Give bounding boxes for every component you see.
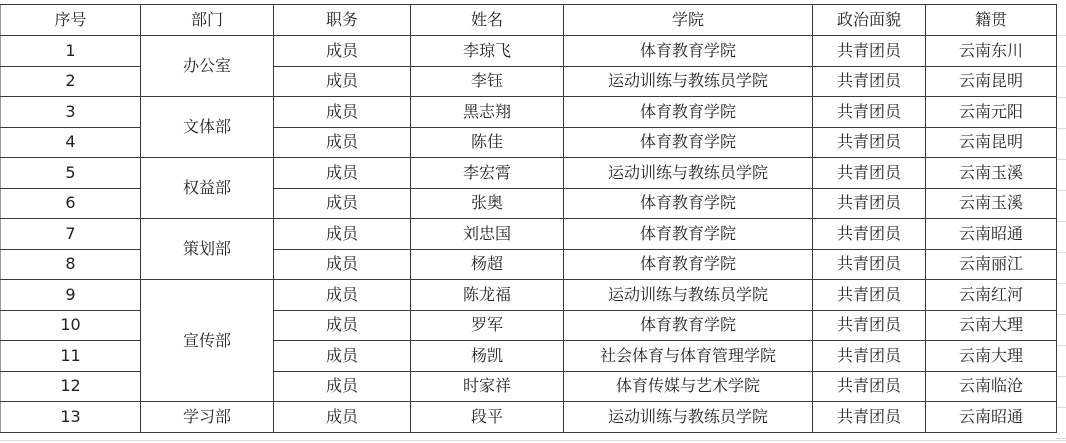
cell-department: 学习部 [141,402,274,433]
cell-name: 杨超 [411,249,564,280]
table-row: 1 办公室 成员 李琼飞 体育教育学院 共青团员 云南东川 [1,36,1057,67]
table-row: 9 宣传部 成员 陈龙福 运动训练与教练员学院 共青团员 云南红河 [1,280,1057,311]
cell-position: 成员 [274,219,411,250]
cell-department: 文体部 [141,97,274,158]
cell-college: 运动训练与教练员学院 [564,402,813,433]
cell-college: 体育教育学院 [564,127,813,158]
cell-name: 陈龙福 [411,280,564,311]
cell-name: 李钰 [411,66,564,97]
cell-hometown: 云南大理 [926,310,1057,341]
table-row: 13 学习部 成员 段平 运动训练与教练员学院 共青团员 云南昭通 [1,402,1057,433]
cell-position: 成员 [274,371,411,402]
cell-college: 运动训练与教练员学院 [564,66,813,97]
cell-political-status: 共青团员 [813,249,926,280]
header-college: 学院 [564,5,813,36]
cell-index: 7 [1,219,141,250]
cell-name: 黑志翔 [411,97,564,128]
cell-hometown: 云南昆明 [926,66,1057,97]
cell-position: 成员 [274,36,411,67]
cell-college: 体育传媒与艺术学院 [564,371,813,402]
cell-position: 成员 [274,66,411,97]
cell-position: 成员 [274,402,411,433]
cell-position: 成员 [274,127,411,158]
cell-political-status: 共青团员 [813,97,926,128]
cell-political-status: 共青团员 [813,219,926,250]
cell-name: 李宏霄 [411,158,564,189]
header-department: 部门 [141,5,274,36]
cell-political-status: 共青团员 [813,310,926,341]
cell-political-status: 共青团员 [813,280,926,311]
cell-position: 成员 [274,97,411,128]
cell-hometown: 云南玉溪 [926,188,1057,219]
member-roster-table: 序号 部门 职务 姓名 学院 政治面貌 籍贯 1 办公室 成员 李琼飞 体育教育… [0,4,1057,433]
header-name: 姓名 [411,5,564,36]
cell-political-status: 共青团员 [813,402,926,433]
cell-name: 李琼飞 [411,36,564,67]
table-row: 7 策划部 成员 刘忠国 体育教育学院 共青团员 云南昭通 [1,219,1057,250]
cell-political-status: 共青团员 [813,127,926,158]
cell-hometown: 云南大理 [926,341,1057,372]
spreadsheet-gridlines [1056,0,1066,443]
cell-hometown: 云南红河 [926,280,1057,311]
header-position: 职务 [274,5,411,36]
cell-index: 2 [1,66,141,97]
cell-department: 宣传部 [141,280,274,402]
cell-political-status: 共青团员 [813,66,926,97]
cell-index: 10 [1,310,141,341]
cell-position: 成员 [274,249,411,280]
cell-index: 13 [1,402,141,433]
cell-index: 4 [1,127,141,158]
cell-political-status: 共青团员 [813,36,926,67]
cell-college: 体育教育学院 [564,36,813,67]
header-row: 序号 部门 职务 姓名 学院 政治面貌 籍贯 [1,5,1057,36]
cell-index: 3 [1,97,141,128]
cell-name: 刘忠国 [411,219,564,250]
cell-name: 杨凯 [411,341,564,372]
cell-hometown: 云南昆明 [926,127,1057,158]
cell-name: 段平 [411,402,564,433]
cell-college: 运动训练与教练员学院 [564,158,813,189]
header-hometown: 籍贯 [926,5,1057,36]
cell-hometown: 云南元阳 [926,97,1057,128]
cell-index: 11 [1,341,141,372]
cell-college: 体育教育学院 [564,310,813,341]
cell-political-status: 共青团员 [813,188,926,219]
cell-college: 社会体育与体育管理学院 [564,341,813,372]
cell-index: 9 [1,280,141,311]
cell-political-status: 共青团员 [813,158,926,189]
table-row: 5 权益部 成员 李宏霄 运动训练与教练员学院 共青团员 云南玉溪 [1,158,1057,189]
header-index: 序号 [1,5,141,36]
cell-position: 成员 [274,310,411,341]
cell-college: 体育教育学院 [564,249,813,280]
cell-index: 8 [1,249,141,280]
table-row: 3 文体部 成员 黑志翔 体育教育学院 共青团员 云南元阳 [1,97,1057,128]
cell-hometown: 云南昭通 [926,219,1057,250]
cell-college: 运动训练与教练员学院 [564,280,813,311]
cell-college: 体育教育学院 [564,97,813,128]
cell-index: 12 [1,371,141,402]
cell-political-status: 共青团员 [813,341,926,372]
cell-index: 5 [1,158,141,189]
cell-hometown: 云南东川 [926,36,1057,67]
cell-name: 时家祥 [411,371,564,402]
header-political-status: 政治面貌 [813,5,926,36]
cell-name: 罗军 [411,310,564,341]
cell-name: 张奥 [411,188,564,219]
cell-department: 策划部 [141,219,274,280]
cell-position: 成员 [274,280,411,311]
cell-position: 成员 [274,341,411,372]
cell-college: 体育教育学院 [564,188,813,219]
cell-college: 体育教育学院 [564,219,813,250]
cell-index: 1 [1,36,141,67]
cell-position: 成员 [274,158,411,189]
cell-position: 成员 [274,188,411,219]
cell-hometown: 云南玉溪 [926,158,1057,189]
cell-department: 权益部 [141,158,274,219]
cell-hometown: 云南临沧 [926,371,1057,402]
cell-hometown: 云南丽江 [926,249,1057,280]
cell-index: 6 [1,188,141,219]
cell-political-status: 共青团员 [813,371,926,402]
cell-name: 陈佳 [411,127,564,158]
cell-department: 办公室 [141,36,274,97]
cell-hometown: 云南昭通 [926,402,1057,433]
